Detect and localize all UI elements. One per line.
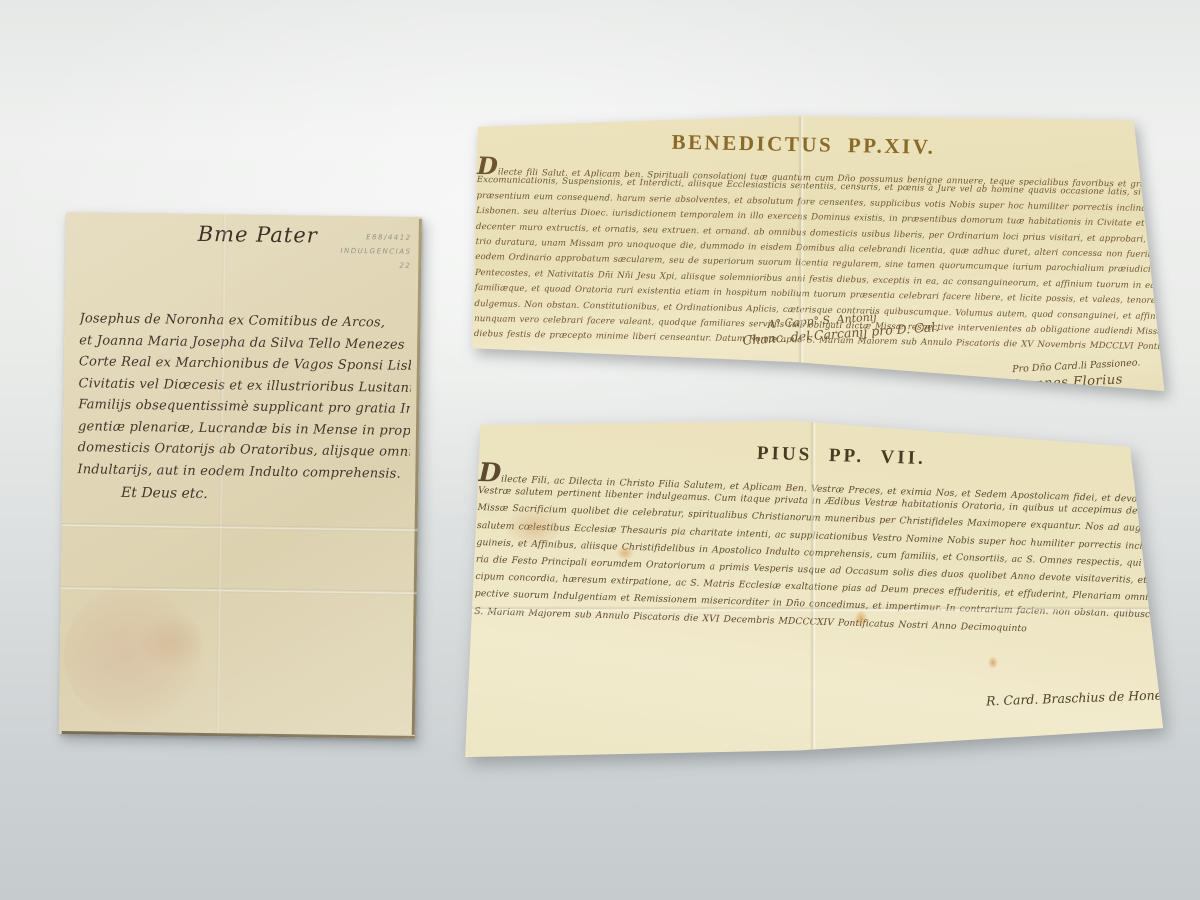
signature-line: Joannes Florius Substitutus (1013, 370, 1169, 410)
manuscript-line: Indultarijs, aut in eodem Indulto compre… (77, 459, 409, 485)
fold-crease (810, 418, 816, 768)
petition-heading: Bme Pater (198, 222, 318, 248)
fold-crease (798, 112, 804, 398)
petition-closing: Et Deus etc. (121, 485, 409, 505)
paper-stain (988, 656, 998, 669)
cardinal-signature: R. Card. Braschius de Honestis (986, 687, 1184, 709)
pius-document-wrap: PIUS PP. VII. Dilecte Fili, ac Dilecta i… (458, 418, 1166, 768)
petition-body: Josephus de Noronha ex Comitibus de Arco… (77, 308, 412, 505)
curial-signature-right: Pro Dño Card.li Passioneo. Joannes Flori… (1012, 354, 1169, 410)
photo-of-three-manuscripts: Bme Pater E88/4412 INDULGENCIAS 22 Josep… (0, 0, 1200, 900)
pencil-note: E88/4412 (341, 230, 412, 245)
pencil-note: INDULGENCIAS (340, 244, 411, 259)
pencil-annotations: E88/4412 INDULGENCIAS 22 (340, 230, 412, 273)
paper-stain (503, 506, 565, 548)
fold-crease (62, 523, 418, 532)
pius-document: PIUS PP. VII. Dilecte Fili, ac Dilecta i… (458, 418, 1166, 768)
benedictus-document: BENEDICTUS PP.XIV. Dilecte fili Salut. e… (468, 112, 1168, 398)
paper-stain (854, 610, 868, 627)
paper-stain (616, 546, 634, 560)
fold-crease (458, 606, 1166, 612)
pencil-note: 22 (340, 258, 411, 273)
petition-document: Bme Pater E88/4412 INDULGENCIAS 22 Josep… (59, 212, 422, 739)
benedictus-document-wrap: BENEDICTUS PP.XIV. Dilecte fili Salut. e… (468, 112, 1168, 398)
